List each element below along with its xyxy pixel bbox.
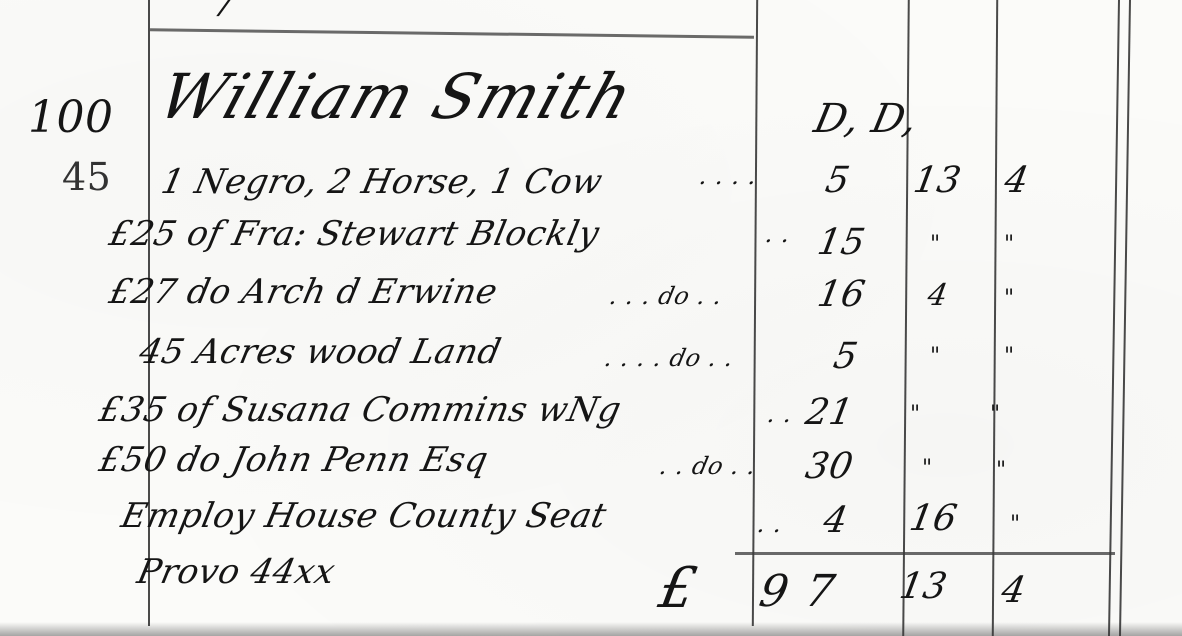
line-leader: . . [763, 220, 793, 248]
line-pence: " [1004, 286, 1015, 311]
line-shillings: " [930, 232, 941, 257]
line-pence: " [1004, 232, 1015, 257]
total-currency-symbol: £ [654, 556, 702, 621]
line-pence: " [996, 458, 1007, 483]
line-pence: 4 [1001, 160, 1032, 201]
line-shillings: " [922, 456, 933, 481]
line-leader: . . [755, 510, 785, 538]
line-pence: " [1010, 512, 1021, 537]
page-edge-shadow [0, 622, 1182, 636]
footer-note: Provo 44xx [134, 552, 339, 592]
line-shillings: " [930, 344, 941, 369]
line-leader: . . do . . [657, 452, 759, 480]
total-pounds: 97 [756, 566, 857, 617]
line-description: £27 do Arch d Erwine [106, 272, 501, 312]
line-pounds: 21 [802, 392, 856, 433]
line-pounds: 15 [814, 222, 868, 263]
line-description: 45 Acres wood Land [136, 332, 505, 372]
line-pounds: 4 [820, 500, 851, 541]
taxpayer-name: William Smith [150, 60, 643, 133]
line-pounds: 30 [802, 446, 856, 487]
line-pounds: 5 [830, 336, 861, 377]
total-pence: 4 [998, 570, 1029, 611]
line-leader: . . [765, 400, 795, 428]
line-description: £25 of Fra: Stewart Blockly [106, 214, 603, 254]
line-pence: " [1004, 344, 1015, 369]
line-description: £50 do John Penn Esq [96, 440, 492, 480]
line-description: Employ House County Seat [118, 496, 610, 536]
total-shillings: 13 [896, 566, 950, 607]
margin-number-bottom: 45 [62, 155, 111, 199]
line-description: £35 of Susana Commins wNg [96, 390, 625, 430]
right-double-rule-b [1119, 0, 1131, 636]
line-shillings: 4 [925, 278, 951, 313]
line-pounds: 16 [814, 274, 868, 315]
header-separator-rule [150, 28, 754, 38]
line-pence: " [990, 402, 1001, 427]
line-shillings: " [910, 402, 921, 427]
line-shillings: 13 [910, 160, 964, 201]
right-double-rule-a [1108, 0, 1120, 636]
previous-entry-fragment: / [218, 0, 238, 22]
total-separator-rule [735, 552, 1115, 555]
ledger-page: / 100 45 William Smith D, D, 1 Negro, 2 … [0, 0, 1182, 636]
line-leader: . . . do . . [607, 282, 725, 310]
line-leader: . . . . do . . [602, 344, 736, 372]
pence-column-rule [992, 0, 998, 636]
margin-number-top: 100 [28, 92, 113, 143]
heading-suffix: D, D, [810, 96, 922, 142]
line-description: 1 Negro, 2 Horse, 1 Cow [158, 162, 606, 202]
line-leader: . . . . [697, 162, 760, 190]
line-pounds: 5 [822, 160, 853, 201]
line-shillings: 16 [906, 498, 960, 539]
